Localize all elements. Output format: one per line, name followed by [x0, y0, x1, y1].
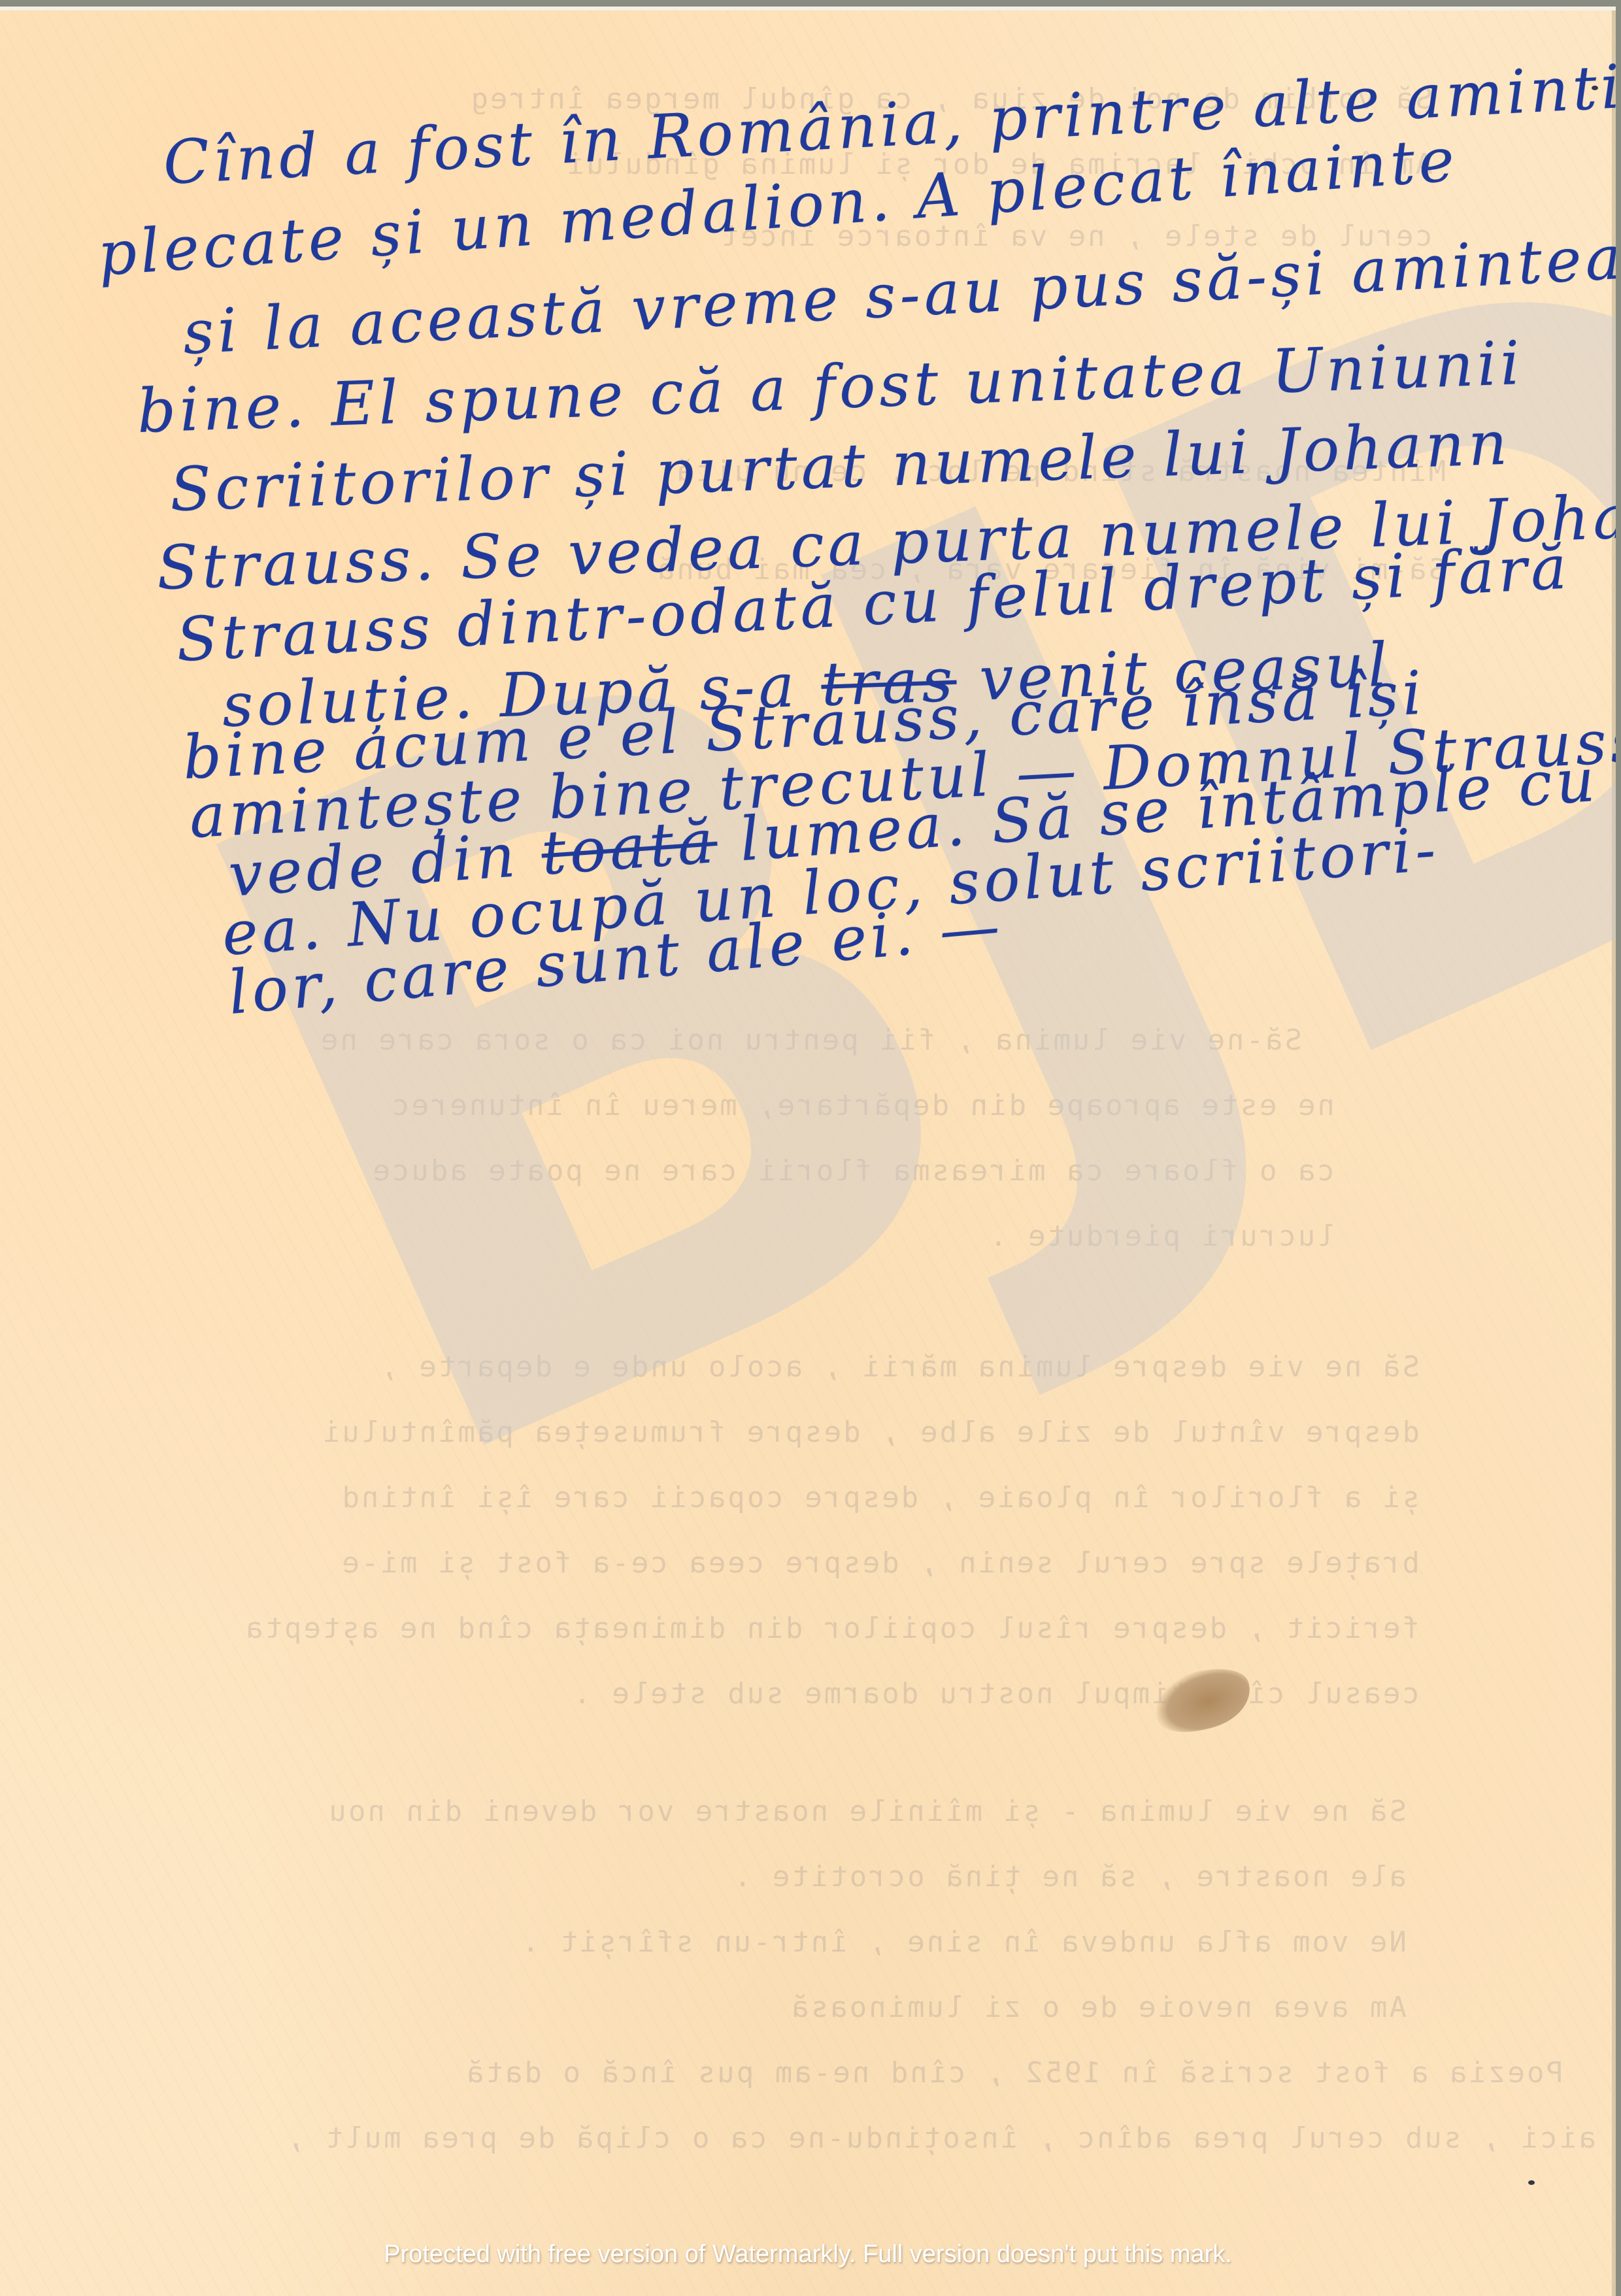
manuscript-page: Să vorbim de noi de ziua , ca gîndul mer… — [0, 7, 1616, 2292]
ink-speck — [1528, 2180, 1535, 2185]
ink-speck — [1592, 86, 1598, 90]
watermarkly-notice: Protected with free version of Watermark… — [0, 2240, 1616, 2269]
handwritten-text: Cînd a fost în România, printre alte ami… — [0, 10, 1616, 2292]
